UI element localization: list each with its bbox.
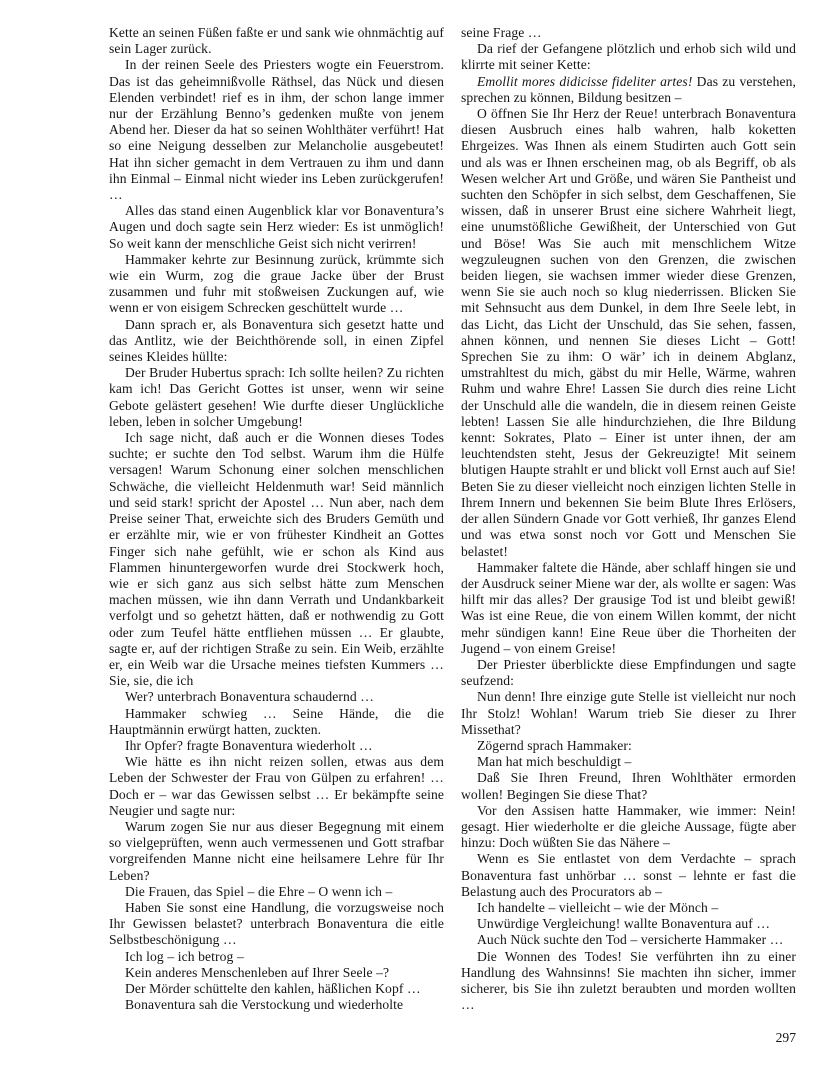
paragraph: seine Frage … <box>461 25 796 41</box>
paragraph: Ich handelte – vielleicht – wie der Mönc… <box>461 900 796 916</box>
book-page: Kette an seinen Füßen faßte er und sank … <box>0 0 819 1065</box>
paragraph: Der Priester überblickte diese Empfindun… <box>461 657 796 689</box>
paragraph: Wenn es Sie entlastet von dem Verdachte … <box>461 851 796 900</box>
paragraph: Ihr Opfer? fragte Bonaventura wiederholt… <box>109 738 444 754</box>
paragraph: Daß Sie Ihren Freund, Ihren Wohlthäter e… <box>461 770 796 802</box>
text-column-right: seine Frage …Da rief der Gefangene plötz… <box>461 25 796 1037</box>
paragraph: Ich log – ich betrog – <box>109 949 444 965</box>
paragraph: Alles das stand einen Augenblick klar vo… <box>109 203 444 252</box>
paragraph: Hammaker schwieg … Seine Hände, die die … <box>109 706 444 738</box>
paragraph: Hammaker faltete die Hände, aber schlaff… <box>461 560 796 657</box>
paragraph: Kette an seinen Füßen faßte er und sank … <box>109 25 444 57</box>
paragraph: Zögernd sprach Hammaker: <box>461 738 796 754</box>
paragraph: Wer? unterbrach Bonaventura schaudernd … <box>109 689 444 705</box>
paragraph: Die Wonnen des Todes! Sie verführten ihn… <box>461 949 796 1014</box>
paragraph: Auch Nück suchte den Tod – versicherte H… <box>461 932 796 948</box>
paragraph: Kein anderes Menschenleben auf Ihrer See… <box>109 965 444 981</box>
paragraph: Haben Sie sonst eine Handlung, die vorzu… <box>109 900 444 949</box>
paragraph: Wie hätte es ihn nicht reizen sollen, et… <box>109 754 444 819</box>
paragraph: Dann sprach er, als Bonaventura sich ges… <box>109 317 444 366</box>
paragraph: Emollit mores didicisse fideliter artes!… <box>461 74 796 106</box>
paragraph: Ich sage nicht, daß auch er die Wonnen d… <box>109 430 444 689</box>
paragraph: Der Mörder schüttelte den kahlen, häßlic… <box>109 981 444 997</box>
paragraph: Bonaventura sah die Verstockung und wied… <box>109 997 444 1013</box>
text-column-left: Kette an seinen Füßen faßte er und sank … <box>109 25 444 1037</box>
latin-quote-italic: Emollit mores didicisse fideliter artes! <box>477 74 692 89</box>
paragraph: Vor den Assisen hatte Hammaker, wie imme… <box>461 803 796 852</box>
paragraph: In der reinen Seele des Priesters wogte … <box>109 57 444 203</box>
paragraph: Die Frauen, das Spiel – die Ehre – O wen… <box>109 884 444 900</box>
paragraph: Der Bruder Hubertus sprach: Ich sollte h… <box>109 365 444 430</box>
paragraph: Da rief der Gefangene plötzlich und erho… <box>461 41 796 73</box>
paragraph: Man hat mich beschuldigt – <box>461 754 796 770</box>
paragraph: O öffnen Sie Ihr Herz der Reue! unterbra… <box>461 106 796 560</box>
paragraph: Unwürdige Vergleichung! wallte Bonaventu… <box>461 916 796 932</box>
paragraph: Nun denn! Ihre einzige gute Stelle ist v… <box>461 689 796 738</box>
paragraph: Warum zogen Sie nur aus dieser Begegnung… <box>109 819 444 884</box>
paragraph: Hammaker kehrte zur Besinnung zurück, kr… <box>109 252 444 317</box>
page-number: 297 <box>461 1030 796 1046</box>
